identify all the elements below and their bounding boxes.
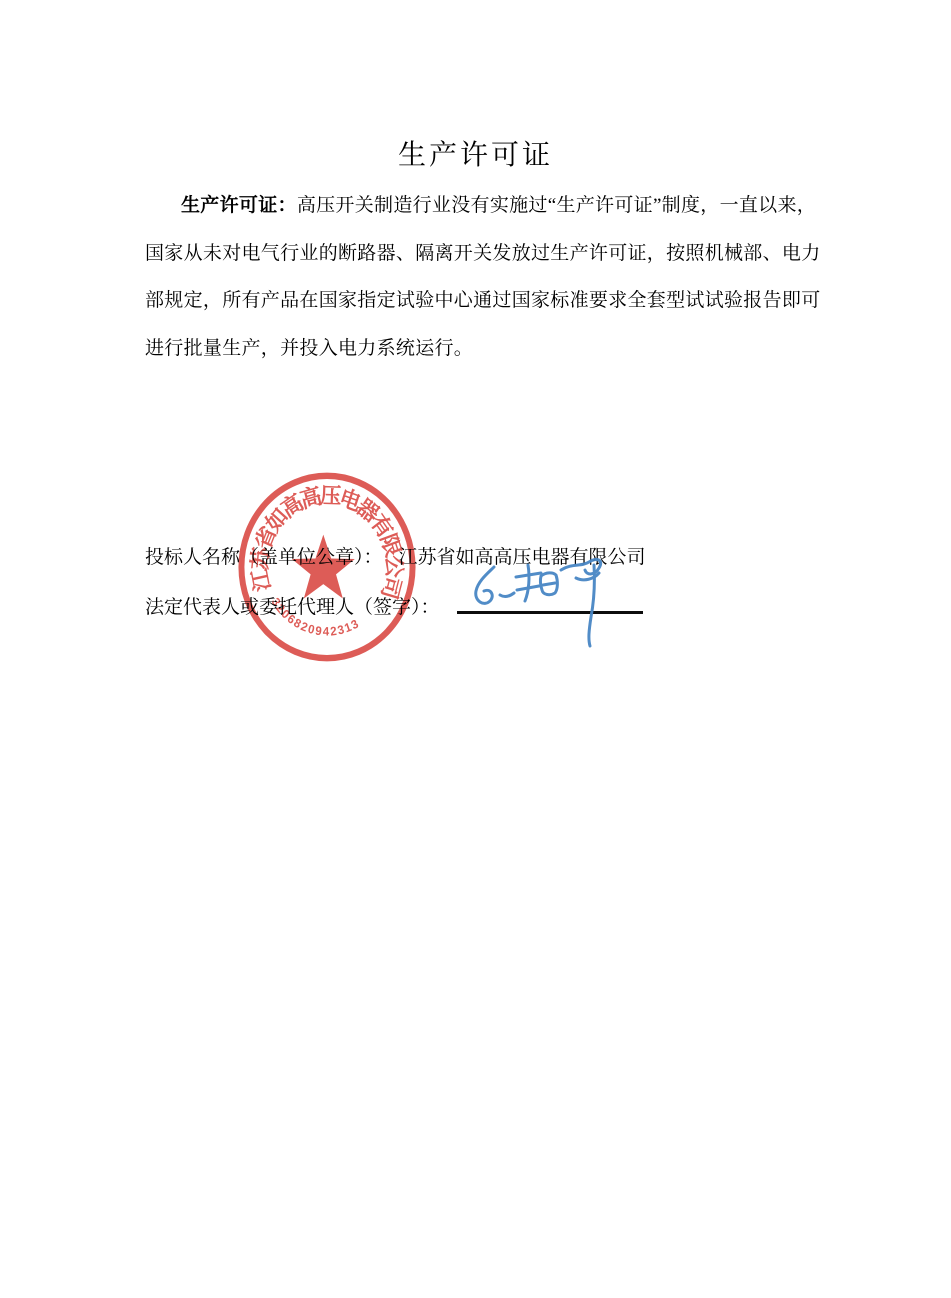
paragraph-line-4: 进行批量生产，并投入电力系统运行。 — [145, 325, 845, 373]
signature-stroke-5 — [540, 573, 557, 595]
paragraph-line-2: 国家从未对电气行业的断路器、隔离开关发放过生产许可证，按照机械部、电力 — [145, 230, 845, 278]
paragraph-line-3: 部规定，所有产品在国家指定试验中心通过国家标准要求全套型试试验报告即可 — [145, 277, 845, 325]
handwritten-signature — [448, 543, 648, 683]
company-stamp: 江苏省如高高压电器有限公司 3206820942313 — [235, 469, 419, 665]
stamp-star-icon — [292, 535, 355, 599]
signature-stroke-2 — [500, 593, 514, 596]
stamp-code-group: 3206820942313 — [265, 593, 365, 646]
stamp-code-arc-text: 3206820942313 — [265, 593, 365, 646]
paragraph-line-1-text: 高压开关制造行业没有实施过“生产许可证”制度，一直以来， — [297, 195, 816, 216]
body-paragraph: 生产许可证：高压开关制造行业没有实施过“生产许可证”制度，一直以来， 国家从未对… — [145, 182, 845, 372]
paragraph-lead: 生产许可证： — [181, 195, 297, 216]
page-title: 生产许可证 — [0, 133, 951, 173]
paragraph-line-1: 生产许可证：高压开关制造行业没有实施过“生产许可证”制度，一直以来， — [145, 182, 845, 230]
stamp-code-textpath: 3206820942313 — [265, 593, 365, 646]
document-page: 生产许可证 生产许可证：高压开关制造行业没有实施过“生产许可证”制度，一直以来，… — [0, 0, 951, 1298]
signature-strokes — [476, 560, 601, 662]
signature-ink-blob — [584, 637, 599, 662]
signature-stroke-3 — [525, 565, 529, 601]
signature-stroke-1 — [476, 567, 494, 603]
